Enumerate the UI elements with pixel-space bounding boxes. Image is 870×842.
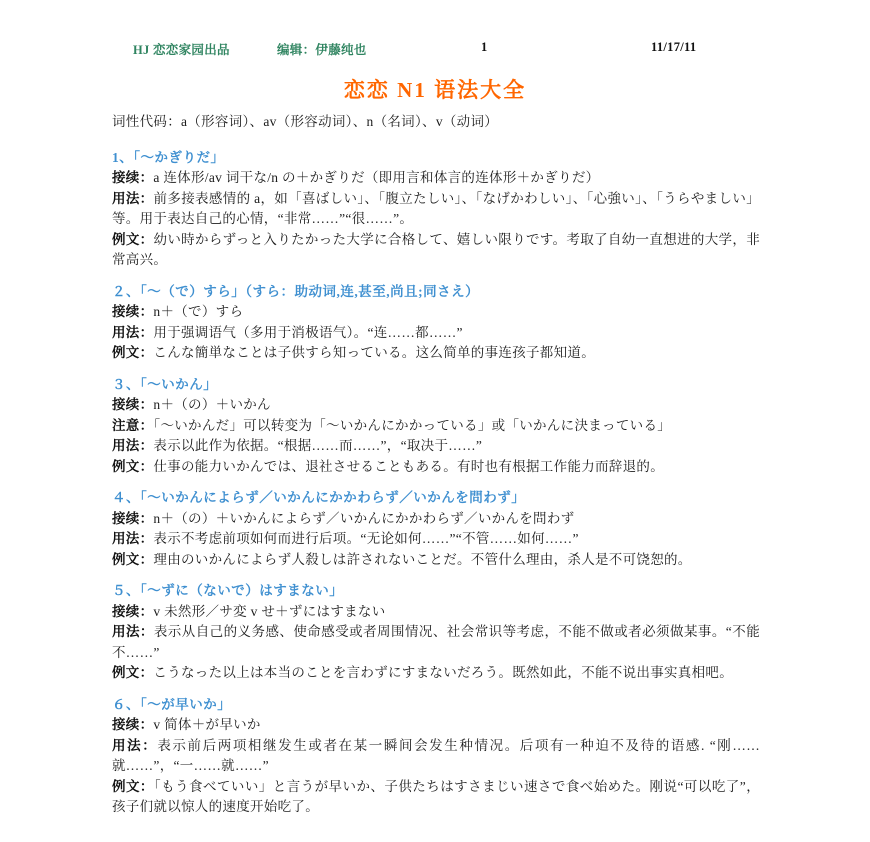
section-line: 例文：理由のいかんによらず人殺しは許されないことだ。不管什么理由，杀人是不可饶恕… [112, 550, 760, 571]
line-label: 用法： [112, 438, 153, 453]
line-text: n＋（の）＋いかん [153, 397, 270, 412]
header-editor: 编辑：伊藤纯也 [277, 40, 367, 58]
line-label: 例文： [112, 552, 153, 567]
line-text: 表示不考虑前项如何而进行后项。“无论如何……”“不管……如何……” [153, 531, 578, 546]
section-line: 例文：こうなった以上は本当のことを言わずにすまないだろう。既然如此，不能不说出事… [112, 663, 760, 684]
line-label: 接续： [112, 170, 153, 185]
line-label: 接续： [112, 304, 153, 319]
line-label: 注意： [112, 418, 153, 433]
section-line: 例文：幼い時からずっと入りたかった大学に合格して、嬉しい限りです。考取了自幼一直… [112, 230, 760, 271]
line-text: 用于强调语气（多用于消极语气）。“连……都……” [153, 325, 462, 340]
section-line: 接续：n＋（で）すら [112, 302, 760, 323]
section-line: 用法：表示前后两项相继发生或者在某一瞬间会发生种情况。后项有一种迫不及待的语感.… [112, 736, 760, 777]
line-text: こんな簡単なことは子供すら知っている。这么简单的事连孩子都知道。 [153, 345, 595, 360]
line-text: n＋（で）すら [153, 304, 243, 319]
section-line: 用法：前多接表感情的 a，如「喜ばしい」、「腹立たしい」、「なげかわしい」、「心… [112, 189, 760, 230]
line-text: 「もう食べていい」と言うが早いか、子供たちはすさまじい速さで食べ始めた。刚说“可… [112, 779, 760, 815]
section-heading: 1、「～かぎりだ」 [112, 148, 760, 169]
section-line: 例文：こんな簡単なことは子供すら知っている。这么简单的事连孩子都知道。 [112, 343, 760, 364]
line-text: v 未然形／サ変 v せ＋ずにはすまない [153, 604, 385, 619]
line-label: 用法： [112, 191, 154, 206]
section-heading-text: ３、「～いかん」 [112, 377, 217, 392]
header-page-number: 1 [481, 40, 488, 55]
line-text: n＋（の）＋いかんによらず／いかんにかかわらず／いかんを問わず [153, 511, 574, 526]
line-text: 表示前后两项相继发生或者在某一瞬间会发生种情况。后项有一种迫不及待的语感. “刚… [112, 738, 760, 774]
grammar-section-4: ４、「～いかんによらず／いかんにかかわらず／いかんを問わず」 接续：n＋（の）＋… [112, 488, 760, 570]
line-text: 前多接表感情的 a，如「喜ばしい」、「腹立たしい」、「なげかわしい」、「心強い」… [112, 191, 760, 227]
section-heading: ３、「～いかん」 [112, 375, 760, 396]
line-label: 用法： [112, 624, 154, 639]
line-label: 例文： [112, 665, 153, 680]
section-heading-text: ６、「～が早いか」 [112, 697, 231, 712]
line-text: 「～いかんだ」可以转变为「～いかんにかかっている」或「いかんに決まっている」 [153, 418, 671, 433]
grammar-section-1: 1、「～かぎりだ」 接续：a 连体形/av 词干な/n の＋かぎりだ（即用言和体… [112, 148, 760, 271]
line-label: 用法： [112, 325, 153, 340]
grammar-section-2: ２、「～（で）すら」（すら：助动词,连,甚至,尚且;同さえ） 接续：n＋（で）す… [112, 282, 760, 364]
line-text: 表示以此作为依据。“根据……而……”，“取决于……” [153, 438, 482, 453]
line-label: 接续： [112, 717, 153, 732]
section-heading: ４、「～いかんによらず／いかんにかかわらず／いかんを問わず」 [112, 488, 760, 509]
section-line: 例文：「もう食べていい」と言うが早いか、子供たちはすさまじい速さで食べ始めた。刚… [112, 777, 760, 818]
section-line: 接续：v 未然形／サ変 v せ＋ずにはすまない [112, 602, 760, 623]
section-line: 用法：用于强调语气（多用于消极语气）。“连……都……” [112, 323, 760, 344]
line-label: 例文： [112, 232, 154, 247]
line-text: 仕事の能力いかんでは、退社させることもある。有时也有根据工作能力而辞退的。 [153, 459, 664, 474]
section-heading: ２、「～（で）すら」（すら：助动词,连,甚至,尚且;同さえ） [112, 282, 760, 303]
section-heading-bold: 助动词,连,甚至,尚且;同さえ [295, 284, 466, 299]
section-line: 注意：「～いかんだ」可以转变为「～いかんにかかっている」或「いかんに決まっている… [112, 416, 760, 437]
line-text: a 连体形/av 词干な/n の＋かぎりだ（即用言和体言的连体形＋かぎりだ） [153, 170, 599, 185]
document-header: HJ 恋恋家园出品 编辑：伊藤纯也 1 11/17/11 [0, 40, 870, 58]
section-heading-text: ４、「～いかんによらず／いかんにかかわらず／いかんを問わず」 [112, 490, 525, 505]
line-label: 例文： [112, 345, 153, 360]
header-date: 11/17/11 [651, 40, 696, 55]
document-body: 词性代码：a（形容词）、av（形容动词）、n（名词）、v（动词） 1、「～かぎり… [112, 112, 760, 818]
section-line: 用法：表示以此作为依据。“根据……而……”，“取决于……” [112, 436, 760, 457]
section-line: 用法：表示不考虑前项如何而进行后项。“无论如何……”“不管……如何……” [112, 529, 760, 550]
section-line: 例文：仕事の能力いかんでは、退社させることもある。有时也有根据工作能力而辞退的。 [112, 457, 760, 478]
section-heading-text: ５、「～ずに（ないで）はすまない」 [112, 583, 343, 598]
line-text: 幼い時からずっと入りたかった大学に合格して、嬉しい限りです。考取了自幼一直想进的… [112, 232, 760, 268]
section-line: 接续：n＋（の）＋いかんによらず／いかんにかかわらず／いかんを問わず [112, 509, 760, 530]
grammar-section-5: ５、「～ずに（ないで）はすまない」 接续：v 未然形／サ変 v せ＋ずにはすまな… [112, 581, 760, 684]
section-line: 接续：a 连体形/av 词干な/n の＋かぎりだ（即用言和体言的连体形＋かぎりだ… [112, 168, 760, 189]
section-heading-text: ２、「～（で）すら」（すら： [112, 284, 295, 299]
line-label: 接续： [112, 397, 153, 412]
section-heading-text: 1、「～かぎりだ」 [112, 150, 225, 165]
line-label: 接续： [112, 511, 153, 526]
header-brand: HJ 恋恋家园出品 [133, 40, 230, 58]
grammar-section-3: ３、「～いかん」 接续：n＋（の）＋いかん 注意：「～いかんだ」可以转变为「～い… [112, 375, 760, 478]
line-text: 表示从自己的义务感、使命感受或者周围情况、社会常识等考虑，不能不做或者必须做某事… [112, 624, 760, 660]
pos-code-legend: 词性代码：a（形容词）、av（形容动词）、n（名词）、v（动词） [112, 112, 760, 133]
section-line: 接续：n＋（の）＋いかん [112, 395, 760, 416]
section-heading-tail: ） [465, 284, 479, 299]
line-label: 用法： [112, 738, 157, 753]
page-title: 恋恋 N1 语法大全 [0, 74, 870, 104]
section-line: 用法：表示从自己的义务感、使命感受或者周围情况、社会常识等考虑，不能不做或者必须… [112, 622, 760, 663]
line-label: 用法： [112, 531, 153, 546]
section-heading: ６、「～が早いか」 [112, 695, 760, 716]
document-page: HJ 恋恋家园出品 编辑：伊藤纯也 1 11/17/11 恋恋 N1 语法大全 … [0, 0, 870, 842]
section-line: 接续：v 简体＋が早いか [112, 715, 760, 736]
section-heading: ５、「～ずに（ないで）はすまない」 [112, 581, 760, 602]
line-label: 例文： [112, 459, 153, 474]
line-label: 例文： [112, 779, 154, 794]
line-text: こうなった以上は本当のことを言わずにすまないだろう。既然如此，不能不说出事实真相… [153, 665, 733, 680]
line-label: 接续： [112, 604, 153, 619]
grammar-section-6: ６、「～が早いか」 接续：v 简体＋が早いか 用法：表示前后两项相继发生或者在某… [112, 695, 760, 818]
line-text: 理由のいかんによらず人殺しは許されないことだ。不管什么理由，杀人是不可饶恕的。 [153, 552, 691, 567]
line-text: v 简体＋が早いか [153, 717, 260, 732]
